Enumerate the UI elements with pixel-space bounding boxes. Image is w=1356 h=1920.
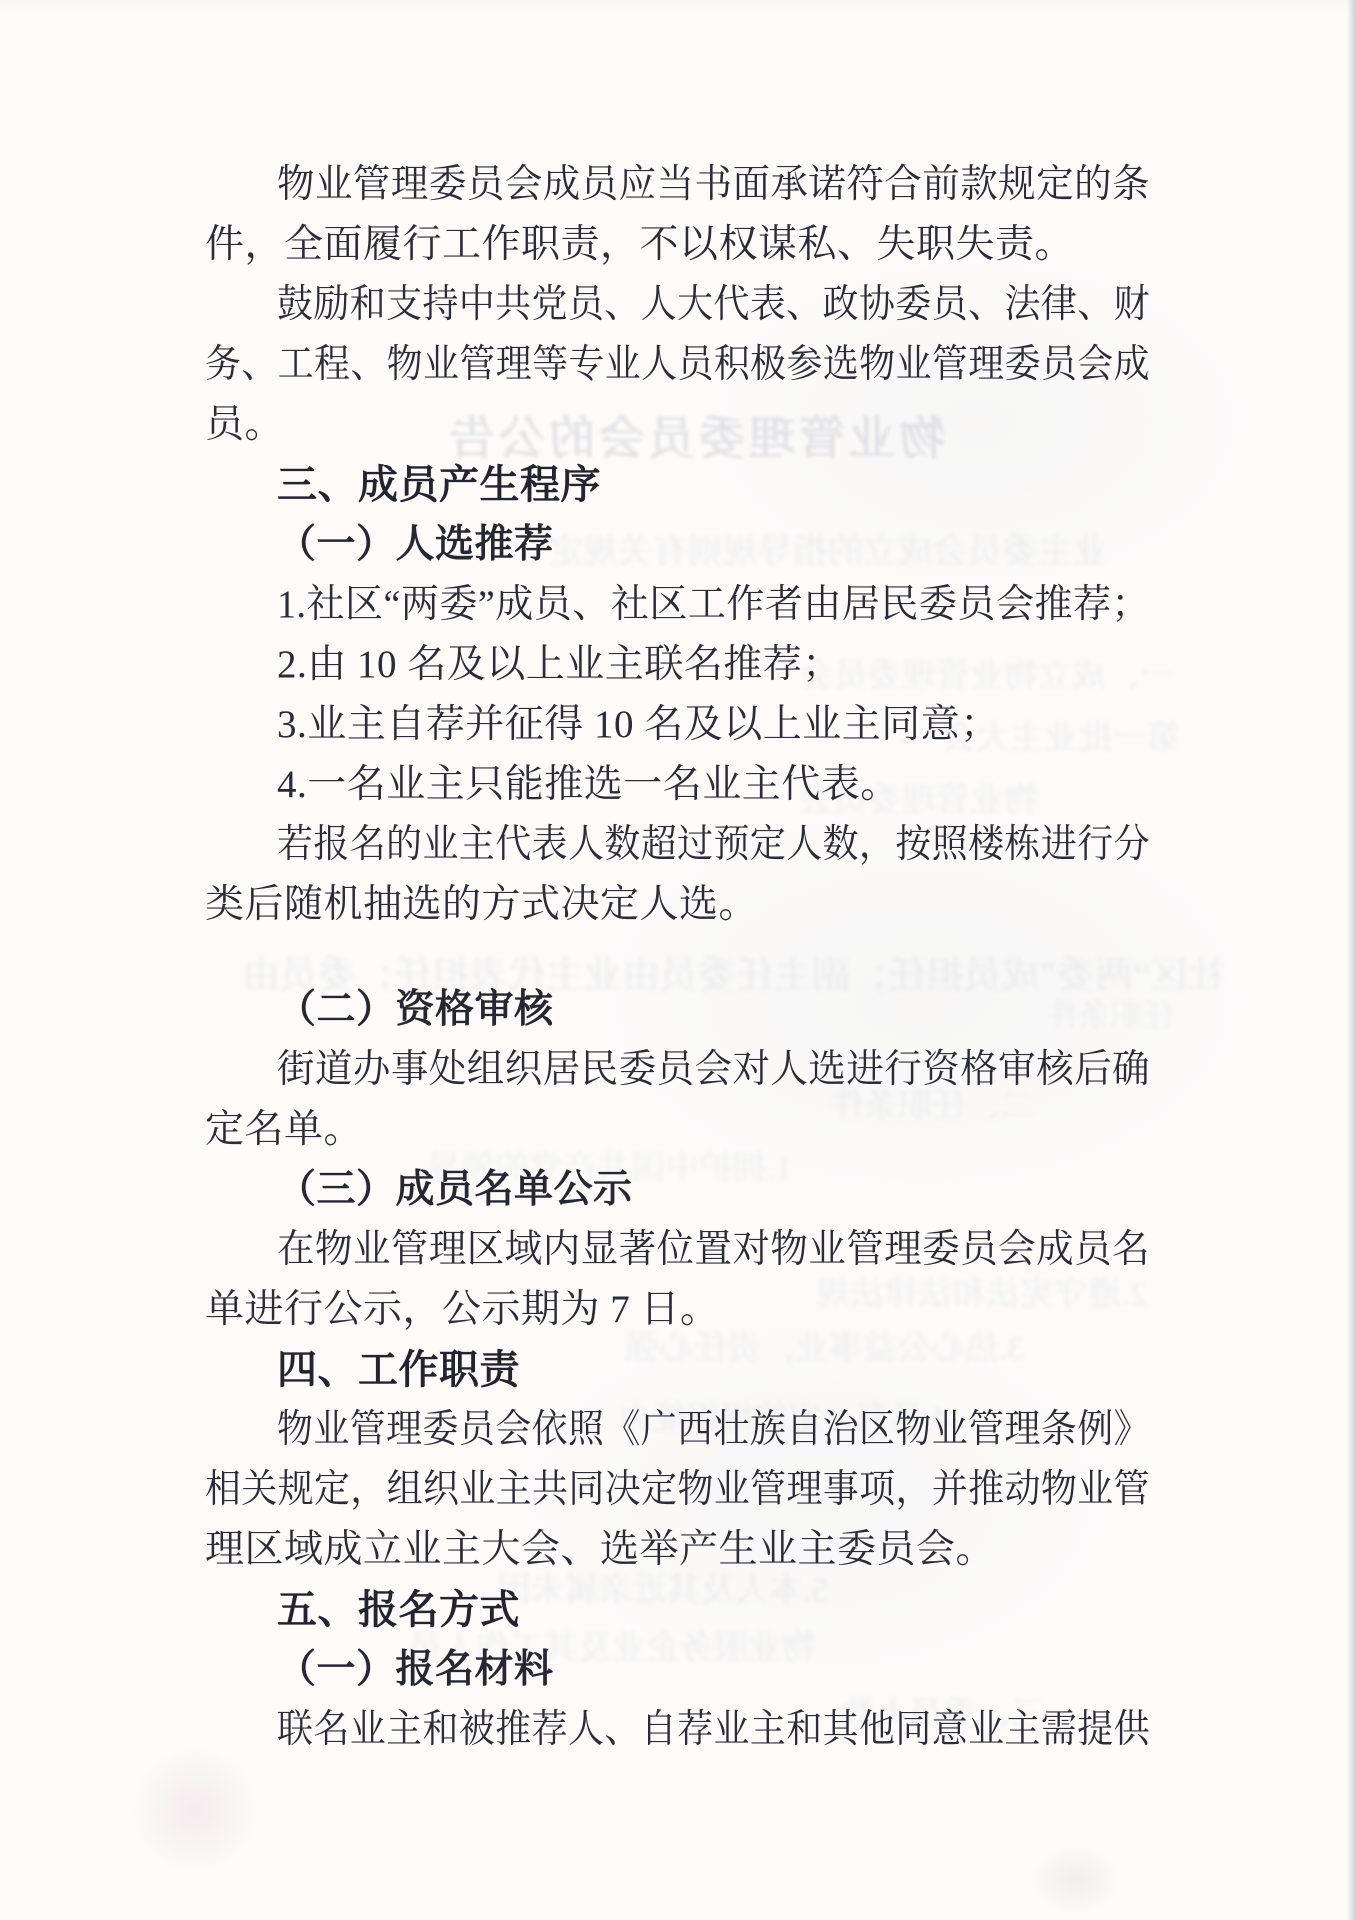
doc-line-text: 在物业管理区域内显著位置对物业管理委员会成员名 (277, 1220, 1150, 1280)
doc-line: 件，全面履行工作职责，不以权谋私、失职失责。 (205, 215, 1150, 275)
doc-line: 五、报名方式 (205, 1580, 1150, 1640)
doc-line: 四、工作职责 (205, 1340, 1150, 1400)
doc-line: 单进行公示，公示期为 7 日。 (205, 1280, 1150, 1340)
doc-line-text: 1.社区“两委”成员、社区工作者由居民委员会推荐； (277, 575, 1150, 635)
doc-line-text: 若报名的业主代表人数超过预定人数，按照楼栋进行分 (277, 815, 1150, 875)
scan-right-edge-shadow (1347, 0, 1356, 1920)
doc-line: 相关规定，组织业主共同决定物业管理事项，并推动物业管 (205, 1460, 1150, 1520)
doc-line-text: （三）成员名单公示 (277, 1160, 633, 1220)
doc-line-text: 四、工作职责 (277, 1340, 520, 1400)
doc-line-text: 理区域成立业主大会、选举产生业主委员会。 (205, 1520, 995, 1580)
doc-line-text: 相关规定，组织业主共同决定物业管理事项，并推动物业管 (205, 1460, 1150, 1520)
doc-line-text: 务、工程、物业管理等专业人员积极参选物业管理委员会成 (205, 335, 1150, 395)
doc-line-text: （一）报名材料 (277, 1640, 554, 1700)
doc-line-text: 三、成员产生程序 (277, 455, 601, 515)
doc-line-text: 2.由 10 名及以上业主联名推荐； (277, 635, 842, 695)
doc-line: 4.一名业主只能推选一名业主代表。 (205, 755, 1150, 815)
doc-line-text: 4.一名业主只能推选一名业主代表。 (277, 755, 900, 815)
doc-line: （三）成员名单公示 (205, 1160, 1150, 1220)
doc-line-text: 街道办事处组织居民委员会对人选进行资格审核后确 (277, 1040, 1150, 1100)
doc-line: 街道办事处组织居民委员会对人选进行资格审核后确 (205, 1040, 1150, 1100)
doc-line: 员。 (205, 395, 1150, 455)
doc-line-text: 员。 (205, 395, 284, 455)
doc-line: 1.社区“两委”成员、社区工作者由居民委员会推荐； (205, 575, 1150, 635)
doc-line-text: （二）资格审核 (277, 980, 554, 1040)
doc-line-text: 物业管理委员会成员应当书面承诺符合前款规定的条 (277, 155, 1150, 215)
doc-line: 在物业管理区域内显著位置对物业管理委员会成员名 (205, 1220, 1150, 1280)
scan-smudge (130, 1745, 260, 1875)
doc-line: 2.由 10 名及以上业主联名推荐； (205, 635, 1150, 695)
scanned-document-page: 物业管理委员会的公告业主委员会成立的指导规则有关规定一、成立物业管理委员会第一批… (0, 0, 1356, 1920)
doc-line-text: 联名业主和被推荐人、自荐业主和其他同意业主需提供 (277, 1700, 1150, 1760)
doc-line-text: 物业管理委员会依照《广西壮族自治区物业管理条例》 (277, 1400, 1150, 1460)
doc-line: 鼓励和支持中共党员、人大代表、政协委员、法律、财 (205, 275, 1150, 335)
doc-line-text: 3.业主自荐并征得 10 名及以上业主同意； (277, 695, 1000, 755)
doc-line-text: 五、报名方式 (277, 1580, 520, 1640)
doc-line: 若报名的业主代表人数超过预定人数，按照楼栋进行分 (205, 815, 1150, 875)
doc-line: 理区域成立业主大会、选举产生业主委员会。 (205, 1520, 1150, 1580)
doc-line: 物业管理委员会依照《广西壮族自治区物业管理条例》 (205, 1400, 1150, 1460)
doc-line: （一）人选推荐 (205, 515, 1150, 575)
doc-line: 务、工程、物业管理等专业人员积极参选物业管理委员会成 (205, 335, 1150, 395)
doc-line-text: 定名单。 (205, 1100, 363, 1160)
document-text: 物业管理委员会成员应当书面承诺符合前款规定的条件，全面履行工作职责，不以权谋私、… (205, 155, 1150, 1760)
doc-line-text: 类后随机抽选的方式决定人选。 (205, 875, 758, 935)
doc-line: 类后随机抽选的方式决定人选。 (205, 875, 1150, 935)
doc-line: （二）资格审核 (205, 980, 1150, 1040)
doc-line: 三、成员产生程序 (205, 455, 1150, 515)
scan-smudge (1030, 1845, 1120, 1915)
doc-line: 联名业主和被推荐人、自荐业主和其他同意业主需提供 (205, 1700, 1150, 1760)
doc-line-text: 单进行公示，公示期为 7 日。 (205, 1280, 720, 1340)
doc-line-text: （一）人选推荐 (277, 515, 554, 575)
doc-line: 3.业主自荐并征得 10 名及以上业主同意； (205, 695, 1150, 755)
doc-line: （一）报名材料 (205, 1640, 1150, 1700)
doc-line: 物业管理委员会成员应当书面承诺符合前款规定的条 (205, 155, 1150, 215)
doc-line-text: 件，全面履行工作职责，不以权谋私、失职失责。 (205, 215, 1074, 275)
doc-line-text: 鼓励和支持中共党员、人大代表、政协委员、法律、财 (277, 275, 1150, 335)
doc-line: 定名单。 (205, 1100, 1150, 1160)
